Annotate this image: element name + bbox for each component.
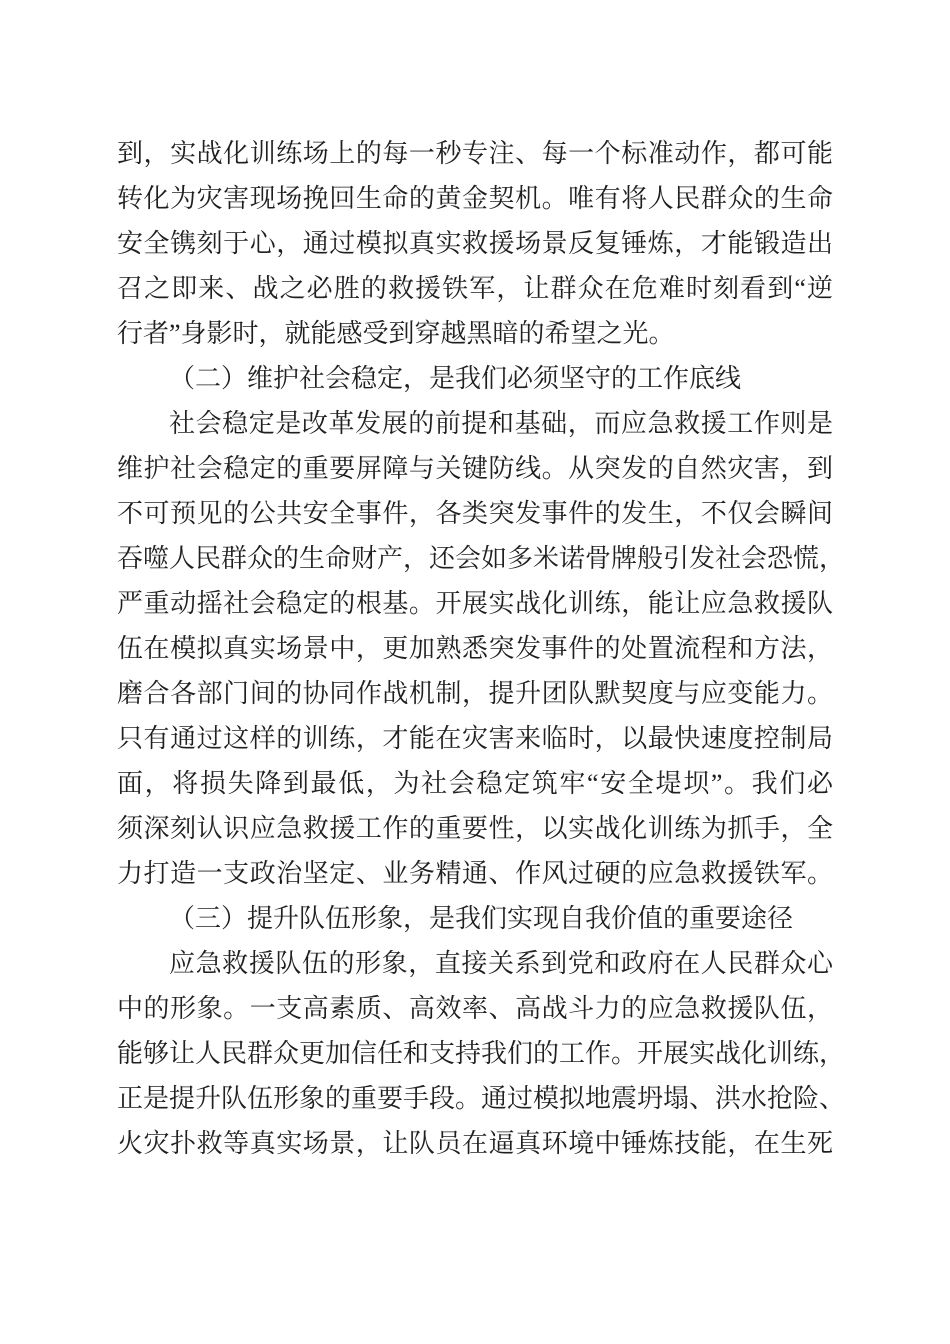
text-line: 须深刻认识应急救援工作的重要性，以实战化训练为抓手，全: [117, 806, 833, 851]
text-line: 正是提升队伍形象的重要手段。通过模拟地震坍塌、洪水抢险、: [117, 1076, 833, 1121]
text-line: 召之即来、战之必胜的救援铁军，让群众在危难时刻看到“逆: [117, 266, 833, 311]
text-line: 行者”身影时，就能感受到穿越黑暗的希望之光。: [117, 311, 833, 356]
section-heading: （三）提升队伍形象，是我们实现自我价值的重要途径: [117, 896, 833, 941]
text-line: 只有通过这样的训练，才能在灾害来临时，以最快速度控制局: [117, 716, 833, 761]
text-line: 到，实战化训练场上的每一秒专注、每一个标准动作，都可能: [117, 131, 833, 176]
text-block: 到，实战化训练场上的每一秒专注、每一个标准动作，都可能 转化为灾害现场挽回生命的…: [117, 131, 833, 1166]
document-page: 到，实战化训练场上的每一秒专注、每一个标准动作，都可能 转化为灾害现场挽回生命的…: [0, 0, 950, 1344]
text-line: 严重动摇社会稳定的根基。开展实战化训练，能让应急救援队: [117, 581, 833, 626]
text-line: 不可预见的公共安全事件，各类突发事件的发生，不仅会瞬间: [117, 491, 833, 536]
text-line: 安全镌刻于心，通过模拟真实救援场景反复锤炼，才能锻造出: [117, 221, 833, 266]
text-line: 转化为灾害现场挽回生命的黄金契机。唯有将人民群众的生命: [117, 176, 833, 221]
text-line: 维护社会稳定的重要屏障与关键防线。从突发的自然灾害，到: [117, 446, 833, 491]
text-line: 伍在模拟真实场景中，更加熟悉突发事件的处置流程和方法，: [117, 626, 833, 671]
text-line: 火灾扑救等真实场景，让队员在逼真环境中锤炼技能，在生死: [117, 1121, 833, 1166]
text-line: 社会稳定是改革发展的前提和基础，而应急救援工作则是: [117, 401, 833, 446]
text-line: 吞噬人民群众的生命财产，还会如多米诺骨牌般引发社会恐慌，: [117, 536, 833, 581]
text-line: 面，将损失降到最低，为社会稳定筑牢“安全堤坝”。我们必: [117, 761, 833, 806]
text-line: 中的形象。一支高素质、高效率、高战斗力的应急救援队伍，: [117, 986, 833, 1031]
text-line: 应急救援队伍的形象，直接关系到党和政府在人民群众心: [117, 941, 833, 986]
section-heading: （二）维护社会稳定，是我们必须坚守的工作底线: [117, 356, 833, 401]
text-line: 能够让人民群众更加信任和支持我们的工作。开展实战化训练，: [117, 1031, 833, 1076]
text-line: 磨合各部门间的协同作战机制，提升团队默契度与应变能力。: [117, 671, 833, 716]
text-line: 力打造一支政治坚定、业务精通、作风过硬的应急救援铁军。: [117, 851, 833, 896]
